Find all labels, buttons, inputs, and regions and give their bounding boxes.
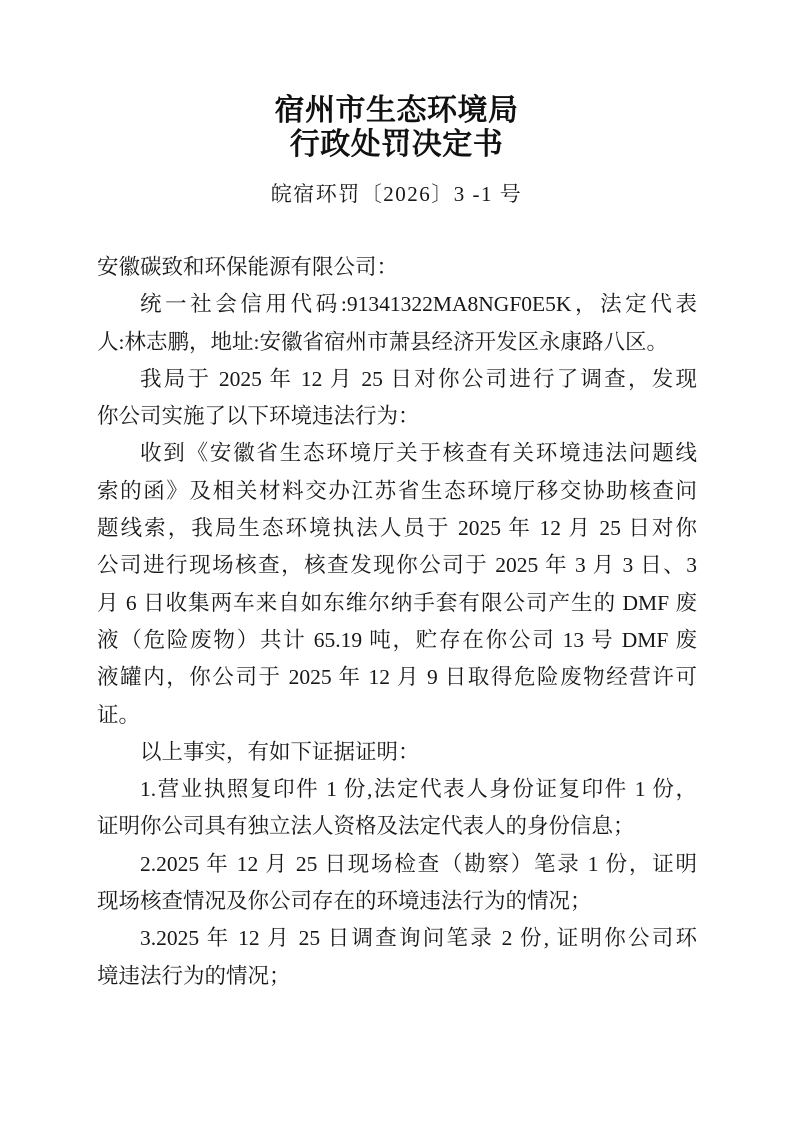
body-line: 安徽碳致和环保能源有限公司： [97, 249, 697, 286]
document-number: 皖宿环罚〔2026〕3 -1 号 [0, 178, 793, 208]
penalty-decision-document: 宿州市生态环境局 行政处罚决定书 皖宿环罚〔2026〕3 -1 号 安徽碳致和环… [0, 0, 793, 1122]
body-line: 公司进行现场核查，核查发现你公司于 2025 年 3 月 3 日、3 [97, 547, 697, 584]
title-line-2: 行政处罚决定书 [0, 128, 793, 162]
title-line-1: 宿州市生态环境局 [0, 94, 793, 128]
body-line: 以上事实，有如下证据证明： [97, 734, 697, 771]
body-line: 索的函》及相关材料交办江苏省生态环境厅移交协助核查问 [97, 473, 697, 510]
body-line: 液（危险废物）共计 65.19 吨，贮存在你公司 13 号 DMF 废 [97, 622, 697, 659]
body-line: 月 6 日收集两车来自如东维尔纳手套有限公司产生的 DMF 废 [97, 585, 697, 622]
document-title: 宿州市生态环境局 行政处罚决定书 [0, 94, 793, 162]
body-line: 证。 [97, 697, 697, 734]
body-line: 证明你公司具有独立法人资格及法定代表人的身份信息； [97, 808, 697, 845]
body-line: 我局于 2025 年 12 月 25 日对你公司进行了调查，发现 [97, 361, 697, 398]
body-line: 收到《安徽省生态环境厅关于核查有关环境违法问题线 [97, 435, 697, 472]
body-line: 你公司实施了以下环境违法行为： [97, 398, 697, 435]
body-line: 3.2025 年 12 月 25 日调查询问笔录 2 份, 证明你公司环 [97, 920, 697, 957]
body-line: 液罐内，你公司于 2025 年 12 月 9 日取得危险废物经营许可 [97, 659, 697, 696]
body-line: 题线索，我局生态环境执法人员于 2025 年 12 月 25 日对你 [97, 510, 697, 547]
body-line: 2.2025 年 12 月 25 日现场检查（勘察）笔录 1 份，证明 [97, 846, 697, 883]
body-line: 现场核查情况及你公司存在的环境违法行为的情况； [97, 883, 697, 920]
body-line: 人:林志鹏，地址:安徽省宿州市萧县经济开发区永康路八区。 [97, 324, 697, 361]
document-body: 安徽碳致和环保能源有限公司：统一社会信用代码:91341322MA8NGF0E5… [97, 249, 697, 995]
body-line: 统一社会信用代码:91341322MA8NGF0E5K，法定代表 [97, 286, 697, 323]
body-line: 境违法行为的情况； [97, 958, 697, 995]
body-line: 1.营业执照复印件 1 份,法定代表人身份证复印件 1 份， [97, 771, 697, 808]
